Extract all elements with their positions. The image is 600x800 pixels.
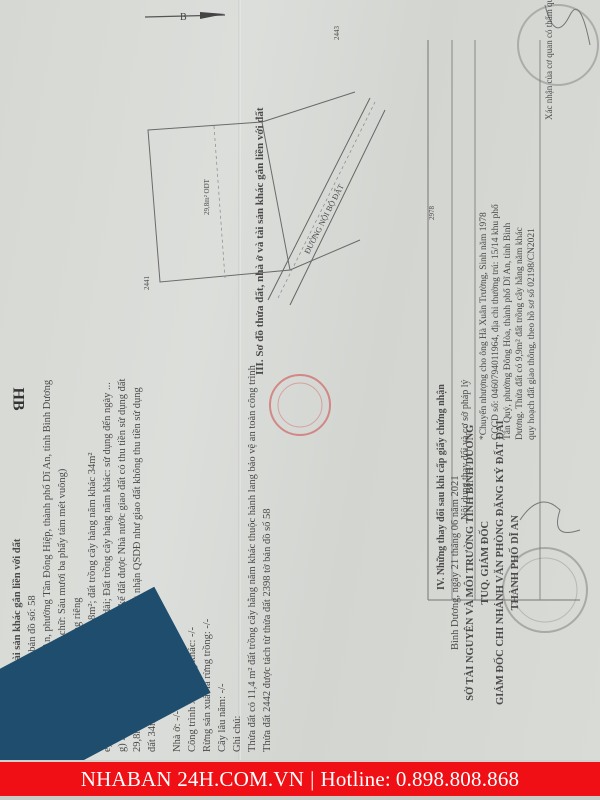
banner-separator: | <box>310 767 314 792</box>
neighbor-parcel-2978: 2978 <box>425 206 440 220</box>
hotline-label: Hotline: <box>320 767 390 792</box>
site-name: NHABAN 24H.COM.VN <box>81 767 304 792</box>
road-label: ĐƯỜNG NỘI BỘ ĐẤT <box>300 181 348 257</box>
neighbor-parcel-2441: 2441 <box>140 276 155 290</box>
section-iv-title: IV. Những thay đổi sau khi cấp giấy chứn… <box>434 384 449 590</box>
section-iv-col1-header: Nội dung thay đổi và cơ sở pháp lý <box>458 379 473 520</box>
watermark-banner: NHABAN 24H.COM.VN | Hotline: 0.898.808.8… <box>0 762 600 796</box>
hotline-number: 0.898.808.868 <box>396 767 519 792</box>
perennial-line: Cây lâu năm: -/- <box>215 365 230 752</box>
north-arrow-icon: B <box>140 6 230 28</box>
signature-tuq: TUQ. GIÁM ĐỐC <box>478 420 493 705</box>
note-line-2: Thửa đất 2442 được tách từ thửa đất 2398… <box>260 365 275 752</box>
section-iii: III. Sơ đồ thửa đất, nhà ở và tài sản kh… <box>253 107 268 375</box>
neighbor-parcel-2443: 2443 <box>330 26 345 40</box>
section-iii-title: III. Sơ đồ thửa đất, nhà ở và tài sản kh… <box>253 107 268 375</box>
signature-role: GIÁM ĐỐC CHI NHÁNH VĂN PHÒNG ĐĂNG KÝ ĐẤT… <box>493 420 508 705</box>
section-iv-col2-header: Xác nhận của cơ quan có thẩm quyền <box>542 0 557 120</box>
document-photo: HB B Thửa đất, nhà ở và tài sản khá <box>0 0 600 760</box>
parcel-area-label: 29,8m² ODT <box>200 179 215 215</box>
note-label: Ghi chú: <box>230 365 245 752</box>
section-iv-entry: *Chuyển nhượng cho ông Hà Xuân Trường, S… <box>478 204 538 440</box>
svg-text:B: B <box>180 12 187 23</box>
bottom-strip <box>0 796 600 800</box>
note-line-1: Thửa đất có 11,4 m² đất trồng cây hằng n… <box>245 365 260 752</box>
signature-city: THÀNH PHỐ DĨ AN <box>508 420 523 705</box>
